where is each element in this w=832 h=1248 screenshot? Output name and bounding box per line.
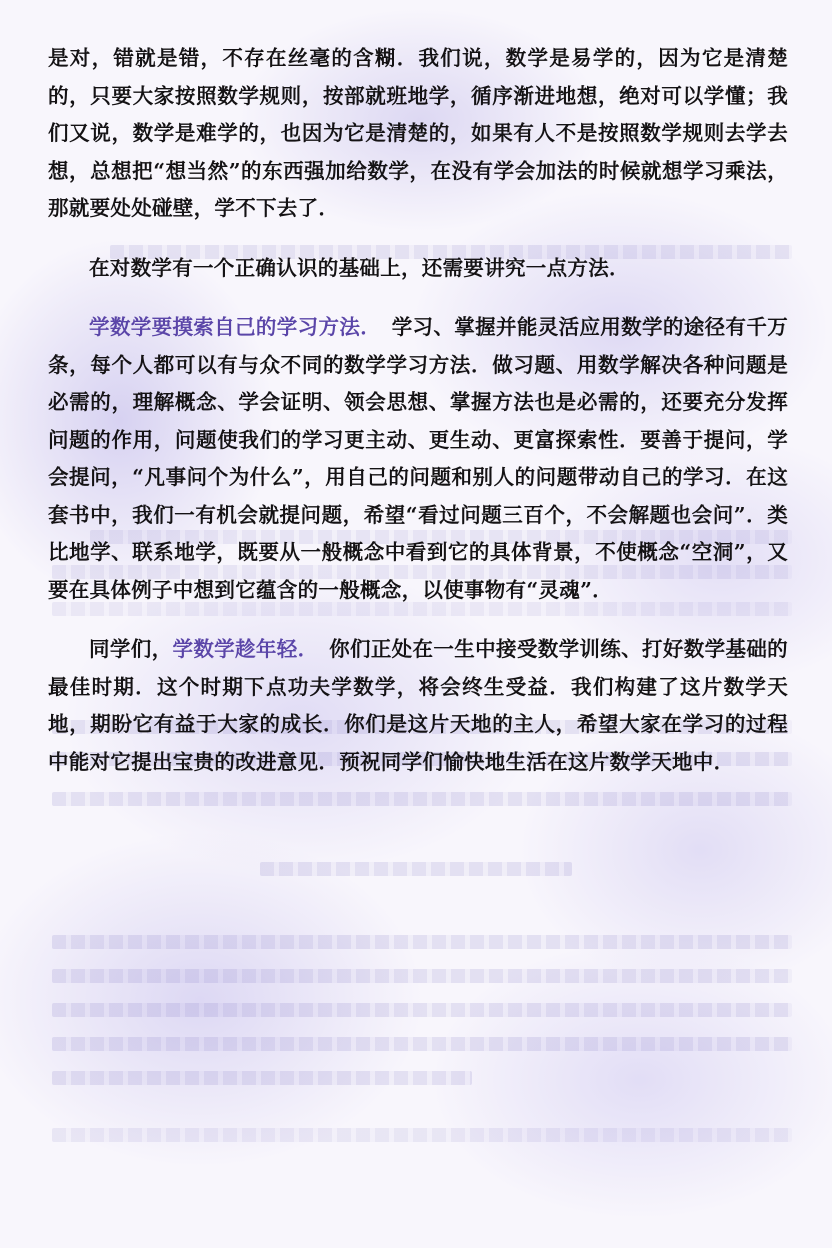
paragraph-2: 在对数学有一个正确认识的基础上，还需要讲究一点方法． — [48, 250, 788, 288]
bleed-line — [260, 862, 572, 876]
paragraph-4: 同学们，学数学趁年轻． 你们正处在一生中接受数学训练、打好数学基础的最佳时期．这… — [48, 631, 788, 781]
paragraph-3: 学数学要摸索自己的学习方法． 学习、掌握并能灵活应用数学的途径有千万条，每个人都… — [48, 309, 788, 609]
bleed-line — [52, 1003, 792, 1017]
paragraph-1: 是对，错就是错，不存在丝毫的含糊．我们说，数学是易学的，因为它是清楚的，只要大家… — [48, 40, 788, 228]
bleed-line — [52, 935, 792, 949]
bleed-line — [52, 1037, 792, 1051]
paragraph-3-body: 学习、掌握并能灵活应用数学的途径有千万条，每个人都可以有与众不同的数学学习方法．… — [48, 315, 788, 602]
bleed-line — [52, 1128, 792, 1142]
page-body-text: 是对，错就是错，不存在丝毫的含糊．我们说，数学是易学的，因为它是清楚的，只要大家… — [48, 40, 788, 781]
bleed-line — [52, 969, 792, 983]
bleed-line — [52, 1071, 472, 1085]
section-heading-learn-young: 学数学趁年轻． — [172, 637, 308, 661]
section-heading-learning-method: 学数学要摸索自己的学习方法． — [89, 315, 371, 339]
bleed-line — [52, 792, 792, 806]
paragraph-4-prefix: 同学们， — [89, 637, 172, 661]
